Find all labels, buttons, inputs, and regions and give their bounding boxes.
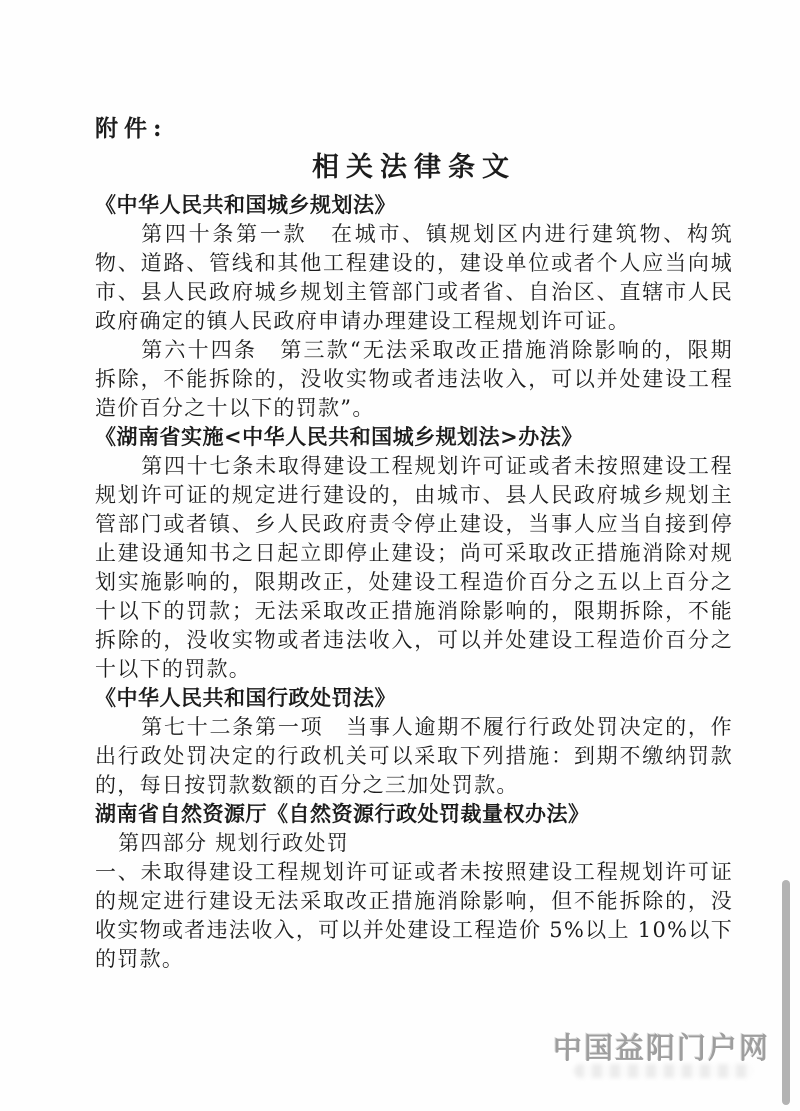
vertical-scrollbar-thumb[interactable]: [782, 880, 790, 1105]
section-heading-hunan-implementation-measures: 《湖南省实施<中华人民共和国城乡规划法>办法》: [95, 423, 733, 452]
site-watermark-subtext: [574, 1064, 754, 1078]
section-heading-natural-resources-discretion-measures: 湖南省自然资源厅《自然资源行政处罚裁量权办法》: [95, 800, 733, 829]
paragraph-article-64: 第六十四条 第三款“无法采取改正措施消除影响的，限期拆除，不能拆除的，没收实物或…: [95, 336, 733, 423]
paragraph-article-40: 第四十条第一款 在城市、镇规划区内进行建筑物、构筑物、道路、管线和其他工程建设的…: [95, 220, 733, 336]
page-title: 相关法律条文: [95, 148, 733, 188]
document-page: 附件: 相关法律条文 《中华人民共和国城乡规划法》 第四十条第一款 在城市、镇规…: [95, 112, 733, 974]
attachment-label: 附件:: [95, 112, 733, 146]
section-heading-urban-rural-planning-law: 《中华人民共和国城乡规划法》: [95, 191, 733, 220]
paragraph-article-72: 第七十二条第一项 当事人逾期不履行行政处罚决定的，作出行政处罚决定的行政机关可以…: [95, 713, 733, 800]
paragraph-part-four: 第四部分 规划行政处罚: [95, 829, 733, 858]
paragraph-item-one: 一、未取得建设工程规划许可证或者未按照建设工程规划许可证的规定进行建设无法采取改…: [95, 858, 733, 974]
site-watermark: 中国益阳门户网: [553, 1026, 770, 1067]
paragraph-article-47: 第四十七条未取得建设工程规划许可证或者未按照建设工程规划许可证的规定进行建设的，…: [95, 452, 733, 684]
section-heading-administrative-penalty-law: 《中华人民共和国行政处罚法》: [95, 684, 733, 713]
